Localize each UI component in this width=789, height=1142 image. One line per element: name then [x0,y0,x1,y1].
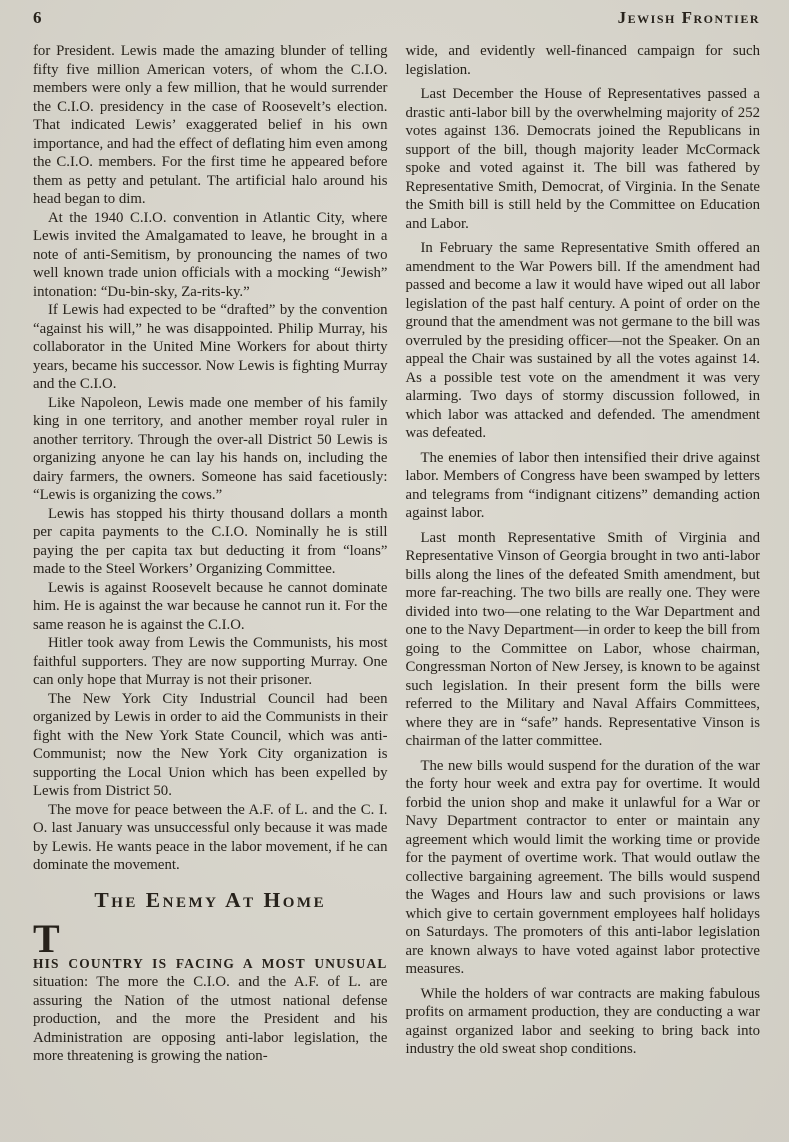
paragraph: Hitler took away from Lewis the Communis… [33,634,388,690]
paragraph: The move for peace between the A.F. of L… [33,801,388,875]
paragraph: The enemies of labor then intensified th… [406,449,761,523]
paragraph-continuation: wide, and evidently well-financed campai… [406,42,761,79]
lead-in-caps: HIS COUNTRY IS FACING A MOST UNUSUAL [33,956,388,971]
paragraph: In February the same Representative Smit… [406,239,761,443]
paragraph: Lewis has stopped his thirty thousand do… [33,505,388,579]
section-heading: The Enemy At Home [33,888,388,912]
paragraph: While the holders of war contracts are m… [406,985,761,1059]
paragraph: Last month Representative Smith of Virgi… [406,529,761,751]
article-columns: for President. Lewis made the amazing bl… [33,42,760,1066]
paragraph-dropcap: THIS COUNTRY IS FACING A MOST UNUSUAL si… [33,921,388,1066]
paragraph: If Lewis had expected to be “drafted” by… [33,301,388,394]
paragraph-continuation: for President. Lewis made the amazing bl… [33,42,388,209]
paragraph: Lewis is against Roosevelt because he ca… [33,579,388,635]
paragraph-text: situation: The more the C.I.O. and the A… [33,974,388,1064]
page-number: 6 [33,8,42,28]
magazine-title: Jewish Frontier [618,8,760,28]
left-column: for President. Lewis made the amazing bl… [33,42,388,1066]
paragraph: The New York City Industrial Council had… [33,690,388,801]
dropcap-letter: T [33,923,60,955]
paragraph: The new bills would suspend for the dura… [406,757,761,979]
page-header: 6 Jewish Frontier [33,8,760,34]
paragraph: Like Napoleon, Lewis made one member of … [33,394,388,505]
right-column: wide, and evidently well-financed campai… [406,42,761,1066]
magazine-page: 6 Jewish Frontier for President. Lewis m… [0,0,789,1142]
paragraph: Last December the House of Representativ… [406,85,761,233]
paragraph: At the 1940 C.I.O. convention in Atlanti… [33,209,388,302]
